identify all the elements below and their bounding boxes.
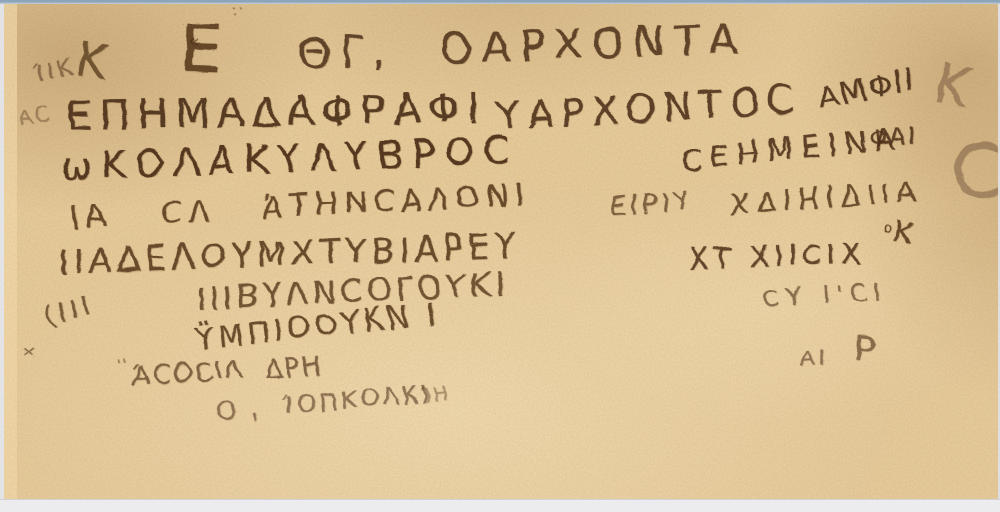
inscription-line: C [946,131,1000,211]
inscription-line: K [72,34,110,85]
inscription-line: CΕΗΜΕΙΝΑ [678,123,903,176]
inscription-line: ΧΔΙΗΙΔΙΙΑ [728,176,923,217]
inscription-line: ΘΓ, ΟΑΡΧΟΝΤΑ [296,16,745,74]
inscription-line: ΧΤ ΧΙΙCΙΧ [686,238,864,273]
inscription-line: Ρ [850,330,874,367]
inscription-line: ΕΠΗΜΑΔΑΦΡΑΦΙ [64,87,485,135]
inscription-line: ΕΙΡΙΥ [608,187,693,220]
inscription-line: ωΚΟΛΑΚΥΛΥΒΡΟC [58,130,517,184]
inscription-line: Ο , ΊΟΠΚΟΛΚΙ [214,379,431,423]
inscription-line: K [889,216,914,249]
inscription-layer: ΊΙΚKACE«:·ΘΓ, ΟΑΡΧΟΝΤΑΕΠΗΜΑΔΑΦΡΑΦΙΥΑΡΧΟΝ… [0,0,1000,512]
inscription-line: ΑΙ [798,346,827,370]
window-top-edge [0,0,1000,4]
inscription-line: ΥΑΡΧΟΝΤΟC [494,80,801,135]
inscription-line: o [882,220,890,233]
inscription-line: AC [16,101,52,125]
inscription-line: ΆCΟCΙΛ ΔΡΗ [130,352,323,388]
inscription-line: CΥ Ι'CΙ [760,277,887,310]
inscription-line: ΊΙΚ [30,52,76,85]
scanned-inscription-image: ΊΙΚKACE«:·ΘΓ, ΟΑΡΧΟΝΤΑΕΠΗΜΑΔΑΦΡΑΦΙΥΑΡΧΟΝ… [0,0,1000,512]
inscription-line: E [178,14,222,81]
inscription-line: (ΙΙΙ [40,290,94,329]
inscription-line: « [187,32,198,50]
inscription-line: ΑΜΦΙΙ [815,64,917,114]
window-bottom-edge [0,499,1000,512]
inscription-line: × [20,342,33,358]
inscription-line: K [927,54,974,115]
inscription-line: ΙΑ CΛ ΆΤΗΝCΑΛΟΝΙ [68,178,529,233]
inscription-line: '' [114,354,127,372]
window-left-edge [0,4,4,500]
